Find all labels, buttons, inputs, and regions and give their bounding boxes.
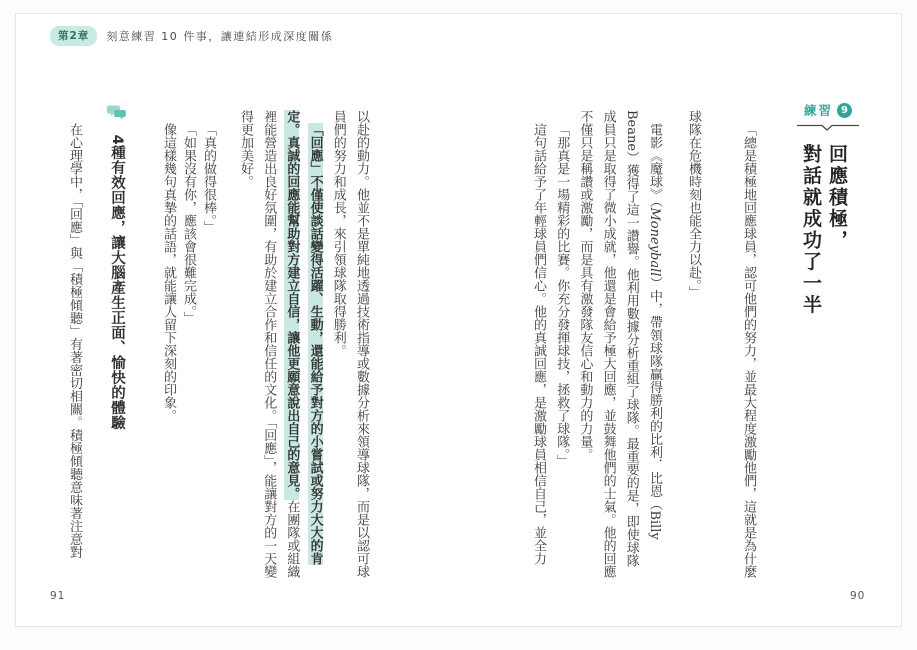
page-number-right: 90 (850, 590, 865, 602)
section-header: 4種有效回應，讓大腦產生正面、愉快的體驗 (99, 104, 135, 574)
left-page-last-paragraph: 在心理學中，「回應」與「積極傾聽」有著密切相關。積極傾聽意味著注意對 (58, 110, 86, 580)
example-quotes: 「真的做得很棒。」 「如果沒有你，應該會很難完成。」 像這樣幾句真摯的話語，就能… (148, 110, 218, 580)
paragraph-sincere-response: 這句話給予了年輕球員們信心。他的真誠回應，是激勵球員相信自己，並全力 (527, 110, 550, 580)
paragraph-moneyball-pre: 電影《魔球》（ (647, 123, 662, 208)
paragraph-game-quote: 「那真是一場精彩的比賽。你充分發揮球技，拯救了球隊。」 (550, 110, 573, 580)
page-number-left: 91 (50, 590, 65, 602)
speech-bubbles-icon (99, 104, 135, 122)
page-title-line2: 對話就成功了一半 (798, 144, 824, 444)
section-title: 4種有效回應，讓大腦產生正面、愉快的體驗 (109, 135, 125, 431)
right-page-body: 電影《魔球》（Moneyball）中，帶領球隊贏得勝利的比利．比恩（Billy … (508, 110, 666, 580)
page-title-line1: 回應積極， (824, 144, 850, 444)
epigraph-text: 「總是積極地回應球員，認可他們的努力，並最大程度激勵他們，這就是為什麼球隊在危機… (666, 110, 776, 580)
running-header: 第2章 刻意練習 10 件事，讓連結形成深度關係 (50, 26, 333, 46)
book-title-italic: Moneyball (647, 208, 662, 277)
paragraph-psychology: 在心理學中，「回應」與「積極傾聽」有著密切相關。積極傾聽意味著注意對 (63, 110, 86, 580)
paragraph-moneyball: 電影《魔球》（Moneyball）中，帶領球隊贏得勝利的比利．比恩（Billy … (573, 110, 666, 580)
notch-divider-line (797, 124, 859, 132)
practice-label: 練習 9 (796, 101, 860, 119)
chapter-title: 刻意練習 10 件事，讓連結形成深度關係 (106, 28, 333, 44)
paragraph-continuation: 以赴的動力。他並不是單純地透過技術指導或數據分析來領導球隊，而是以認可球員們的努… (327, 110, 373, 580)
left-page-body: 以赴的動力。他並不是單純地透過技術指導或數據分析來領導球隊，而是以認可球員們的努… (228, 110, 373, 580)
quote-without-you: 「如果沒有你，應該會很難完成。」 (178, 110, 198, 580)
highlighted-key-sentence: 「回應」不僅使談話變得活躍、生動，還能給予對方的小嘗試或努力大大的肯定。真誠的回… (284, 110, 322, 565)
paragraph-response-effect: 「回應」不僅使談話變得活躍、生動，還能給予對方的小嘗試或努力大大的肯定。真誠的回… (234, 110, 327, 580)
epigraph-quote: 「總是積極地回應球員，認可他們的努力，並最大程度激勵他們，這就是為什麼球隊在危機… (666, 110, 776, 580)
quote-impression: 像這樣幾句真摯的話語，就能讓人留下深刻的印象。 (158, 110, 178, 580)
practice-number-badge: 9 (837, 103, 852, 118)
chapter-badge: 第2章 (50, 26, 97, 46)
quote-well-done: 「真的做得很棒。」 (198, 110, 218, 580)
page-title: 回應積極， 對話就成功了一半 (778, 144, 850, 444)
practice-label-text: 練習 (804, 101, 833, 119)
practice-number: 9 (841, 105, 848, 116)
